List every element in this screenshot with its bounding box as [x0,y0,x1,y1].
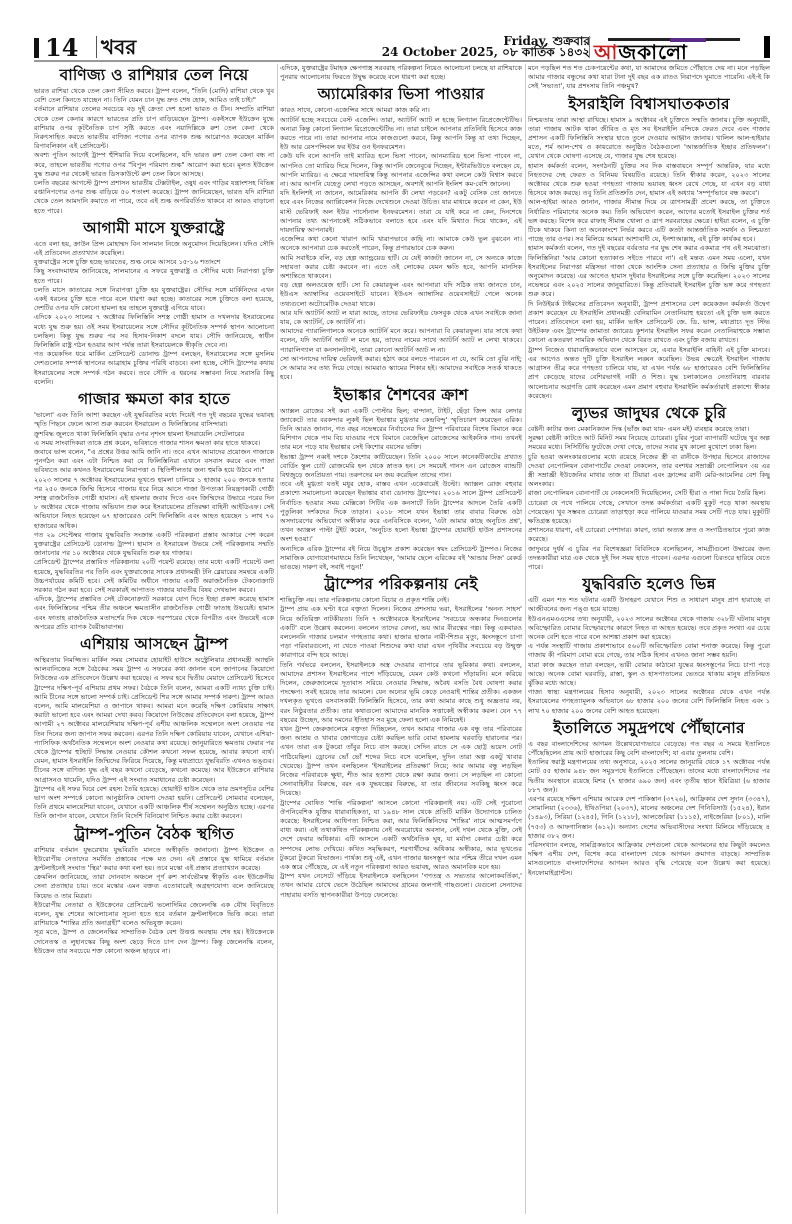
article-headline: ট্রাম্পের পরিকল্পনায় নেই [280,575,522,594]
article-paragraph: হামাস কর্মকর্তা বলেন, গত দুই বছরের বর্বর… [528,244,770,299]
article-paragraph: আমাদের প্যারালিগালকে অনেকে অ্যাটর্নি মনে… [280,327,522,355]
page-header: 14 খবর Friday, শুক্রবার 24 October 2025,… [34,36,770,58]
column-2: এদিকে, যুক্তরাষ্ট্রের টমাহক ক্ষেপণাস্ত্র… [280,64,522,903]
article-paragraph: ট্রাম্প নিজেও ধারাবাহিকভাবে বলে আসছেন যে… [528,346,770,401]
article-paragraph: যারা কাজ করছেন তারা বলছেন, ভারী বোমার কা… [528,661,770,689]
section-name: খবর [96,36,136,58]
article-headline: ইভাঙ্কার শৈশবের ক্রাশ [280,386,522,405]
header-rule [34,60,770,62]
article-headline: আগামী মাসে যুক্তরাষ্ট্রে [34,219,274,238]
article: যুদ্ধবিরতি হলেও ভিন্নএটি এমন শত শত ঘটনার… [528,575,770,716]
article-paragraph: নিশ্চয়তায় তারা আস্থা রাখিছে। হামাস ৯ অ… [528,116,770,162]
article-paragraph: সুরক্ষা বেষ্টনী কাটতে আট মিনিট সময় নিয়… [528,434,770,452]
article-paragraph: হামাস কর্মকর্তা বলেন, সংগঠনটি চুক্তির সব… [528,162,770,199]
article-paragraph: ট্রাম্প প্রায় এক ঘণ্টা ধরে বক্তৃতা দিলে… [280,605,522,660]
article-headline: বাণিজ্য ও রাশিয়ার তেল নিয়ে [34,66,274,85]
article-paragraph: যখন ট্রাম্প জেরুজালেমে বক্তৃতা দিচ্ছিলেন… [280,725,522,799]
article-paragraph: বেষ্টনী কাটার জন্য মেকানিক্যাল দিস্ক (ভা… [528,425,770,434]
article-headline: অ্যামেরিকার ভিসা পাওয়ার [280,85,522,104]
article-paragraph: জাদুঘরে দুর্ধর্ষ এ চুরির পর বিশেষজ্ঞরা ব… [528,545,770,573]
article: ট্রাম্প-পুতিন বৈঠক স্থগিতরাশিয়ার বর্তমা… [34,825,274,956]
column-1: বাণিজ্য ও রাশিয়ার তেল নিয়েভারত রাশিয়া… [34,64,274,959]
article-paragraph: ট্রাম্প যখন নেসেটে দাঁড়িয়ে ইসরাইলকে বল… [280,872,522,900]
article: ইতালিতে সমুদ্রপথে পৌঁছানোরএ বছর বাংলাদেশ… [528,719,770,878]
article-headline: ইসরাইলি বিশ্বাসঘাতকতার [528,95,770,114]
article: গাজার ক্ষমতা কার হাতে'ভালো' এবং তিনি আশা… [34,390,274,632]
article: এশিয়ায় আসছেন ট্রাম্পঅস্থিরতায় নিমজ্জি… [34,635,274,822]
article-paragraph: কিছু সংবাদমাধ্যম জানিয়েছে, সালমানের এ স… [34,267,274,285]
article-paragraph: এরপর রয়েছে দক্ষিণ এশিয়ার আরেক দেশ পাকি… [528,795,770,841]
article-paragraph: ইউরোপীয় নেতারা ও ইউক্রেনের প্রেসিডেন্ট … [34,901,274,929]
article-paragraph: ইভাঙ্কা ট্রাম্প নব্বই দশকে কৈশোর কাটিয়ে… [280,453,522,481]
article: ইসরাইলি বিশ্বাসঘাতকতারনিশ্চয়তায় তারা আ… [528,95,770,401]
article-headline: ল্যুভর জাদুঘর থেকে চুরি [528,404,770,423]
article-paragraph: কেউ যদি বলে আপনি তাই ম্যারিড হলে ভিসা পা… [280,152,522,189]
article-paragraph: জবাবে ভান্স বলেন, "এ প্রশ্নের উত্তর আমি … [34,448,274,476]
masthead-tag [670,38,706,42]
article: মনে পড়ছিল শত শত চেকপয়েন্টের কথা, যা আম… [528,64,770,92]
article-headline: যুদ্ধবিরতি হলেও ভিন্ন [528,575,770,594]
newspaper-logo: আজকালো [594,43,770,61]
date-label: 24 October 2025, ০৮ কার্তিক ১৪৩২ [382,47,590,58]
article-paragraph: অ্যাটর্নি হচ্ছে সবচেয়ে বেস্ট এজেন্সি। ত… [280,116,522,153]
article-paragraph: দি নিউইয়র্ক টাইমসের প্রতিবেদন অনুযায়ী,… [528,300,770,346]
article-paragraph: 'ভালো' এবং তিনি আশা করছেন এই যুদ্ধবিরতির… [34,411,274,429]
article-paragraph: চোরেরা যে পথে পালিয়ে গেছে, সেখানে তদন্ত… [528,499,770,527]
article-paragraph: সূত্র মতে, ট্রাম্প ও জেলেনস্কির সাম্প্রত… [34,928,274,956]
article-paragraph: তবে এই মুগ্ধতা যতই মধুর হোক, বাস্তব এখন … [280,480,522,544]
article-paragraph: মনে পড়ছিল শত শত চেকপয়েন্টের কথা, যা আম… [528,64,770,92]
article-paragraph: তিনি গর্বভরে বললেন, ইসরাইলকে অস্ত্র দেওয… [280,661,522,725]
article-paragraph: গত ২৯ সেপ্টেম্বর গাজায় যুদ্ধবিরতি সংক্র… [34,531,274,559]
article-paragraph: এ পর্যন্ত সংস্থাটি গাজায় প্রকাশ্যভাবে ৫… [528,642,770,660]
article: ইভাঙ্কার শৈশবের ক্রাশঅ্যাক্সল রোজের সই ক… [280,386,522,573]
article: অ্যামেরিকার ভিসা পাওয়ারকারও সাথে, কোনো … [280,85,522,382]
article-paragraph: ক্রেমলিন জানিয়েছে, তারা দোনবাস অঞ্চলে প… [34,873,274,901]
article-paragraph: কারও সাথে, কোনো এজেন্সির সাথে আমরা কাজ ক… [280,106,522,115]
page-number: 14 [34,38,78,58]
article-paragraph: ভারত রাশিয়া থেকে তেল কেনা সীমিত করবে। ট… [34,87,274,105]
article-paragraph: অ্যাক্সল রোজের সই করা একটি পোস্টার ছিল; … [280,407,522,453]
article-headline: গাজার ক্ষমতা কার হাতে [34,390,274,409]
article-paragraph: প্রশাসনের ধারণা, এই চোরেরা পেশাদার। কারণ… [528,526,770,544]
article-paragraph: পরিসংখ্যান বলছে, সামগ্রিকভাবে আফ্রিকার দ… [528,841,770,878]
article-paragraph: এটি এমন শত শত ঘটনার একটি উদাহরণ যেখানে শ… [528,596,770,614]
article-paragraph: আর যদি অ্যাটর্নি অ্যাট ল যারা আছে, তাদের… [280,309,522,327]
article-paragraph: রাশিয়ার বর্তমান যুদ্ধরেখায় যুদ্ধবিরতি … [34,846,274,874]
article-paragraph: এদিকে ২০২৩ সালের ৭ অক্টোবর ফিলিস্তিনি সশ… [34,313,274,350]
article-paragraph: অবশ্য পুতিন আগেই ট্রাম্প হুঁশিয়ারি দিয়… [34,151,274,179]
article-paragraph: রাজা নেপোলিয়ন বোনাপার্ট যে নেকলেসটি দিয… [528,489,770,498]
article-paragraph: বড় হেল্প অলওয়েজ হার্ট। সো বি কেয়ারফুল… [280,281,522,309]
article: এদিকে, যুক্তরাষ্ট্রের টমাহক ক্ষেপণাস্ত্র… [280,64,522,82]
column-divider [525,64,526,1214]
article-paragraph: আমি সবাইকে বলি, বড় হেল্প অ্যান্ড্রয়েড … [280,254,522,282]
article-paragraph: ২০২৩ সালের ৭ অক্টোবর ইসরায়েলের ভূখণ্ডে … [34,476,274,531]
article-headline: এশিয়ায় আসছেন ট্রাম্প [34,635,274,654]
article-paragraph: চলতি বছরের আগস্টে ট্রাম্প প্রশাসন ভারতীয… [34,179,274,216]
dateline: Friday, শুক্রবার 24 October 2025, ০৮ কার… [382,36,590,58]
column-3: মনে পড়ছিল শত শত চেকপয়েন্টের কথা, যা আম… [528,64,770,881]
article-paragraph: এজেন্সির কথা কেনো খারাপ আমি খারাপভাবে কা… [280,235,522,253]
article: ল্যুভর জাদুঘর থেকে চুরিবেষ্টনী কাটার জন্… [528,404,770,572]
article-paragraph: অন্যদিকে এরিক ট্রাম্পের বই নিয়ে উচ্ছ্বা… [280,545,522,573]
newspaper-masthead: আজকালো [589,36,770,58]
article-paragraph: ইউএনএমএএসের তথ্য অনুযায়ী, ২০২৩ সালের অক… [528,615,770,643]
column-divider [277,64,278,1214]
article-paragraph: ক্রুশবিদ্ধ জুলতে থাকা ফিলিস্তিনি বৃদ্ধার… [34,430,274,439]
article-paragraph: এদিকে, ট্রাম্পের প্রস্তাবিত সেই টেকনোক্র… [34,595,274,632]
article-paragraph: চুরি হওয়া অলংকারগুলোর মধ্যে রয়েছে নিজে… [528,453,770,490]
article-paragraph: এ সময় সাংবাদিকরা তাকে প্রশ্ন করেন, ভবিষ… [34,439,274,448]
article-paragraph: অস্থিরতায় নিমজ্জিত। মার্কিন সময় সোমবার… [34,656,274,785]
article-paragraph: প্রেসিডেন্ট ট্রাম্পের প্রস্তাবিত পরিকল্প… [34,558,274,595]
article-paragraph: যুক্তরাষ্ট্রের সঙ্গে চুক্তি হচ্ছে ভারতের… [34,258,274,267]
article-paragraph: শান্তিচুক্তি নয়। তার পরিকল্পনায় কোনো ব… [280,596,522,605]
masthead-bar [608,38,740,41]
masthead-end-bar [764,36,770,58]
article: ট্রাম্পের পরিকল্পনায় নেইশান্তিচুক্তি নয… [280,575,522,900]
article-paragraph: ট্রাম্পের ঘোষিত 'শান্তি পরিকল্পনা' আসলে … [280,799,522,873]
article-paragraph: এতে বলা হয়, ক্রাউন প্রিন্স মোহাম্মদ বিন… [34,240,274,258]
article-headline: ইতালিতে সমুদ্রপথে পৌঁছানোর [528,719,770,738]
article-paragraph: সো আপনাদের দায়িত্ব ভেরিফাই করার। হঠাৎ ক… [280,355,522,383]
article-paragraph: চলতি মাসে কাতারের সঙ্গে নিরাপত্তা চুক্তি… [34,286,274,314]
article-paragraph: এদিকে, যুক্তরাষ্ট্রের টমাহক ক্ষেপণাস্ত্র… [280,64,522,82]
article-paragraph: গাজা স্বাস্থ্য মন্ত্রণালয়ের হিসাব অনুযা… [528,688,770,716]
article-paragraph: বর্তমানে রাশিয়ার তেলের সবচেয়ে বড় দুই … [34,105,274,151]
article-paragraph: আল-হাইয়া আরও জানান, গাজার সীমান্ত দিয়ে… [528,198,770,244]
article: আগামী মাসে যুক্তরাষ্ট্রেএতে বলা হয়, ক্র… [34,219,274,387]
article-paragraph: যদি ইংলিশই না জানেন, আমেরিকায় আপনি কী ল… [280,189,522,235]
article-headline: ট্রাম্প-পুতিন বৈঠক স্থগিত [34,825,274,844]
article-paragraph: এ বছর বাংলাদেশিদের আগমন উল্লেখযোগ্যভাবে … [528,740,770,758]
article-paragraph: গত কয়েকদিন ধরে মার্কিন প্রেসিডেন্ট ডোনা… [34,350,274,387]
article-paragraph: ট্রাম্পের এই সফর ঘিরে বেশ রহস্য তৈরি হয়… [34,785,274,822]
article-paragraph: ইতালির স্বরাষ্ট্র মন্ত্রণালয়ের তথ্য অনু… [528,758,770,795]
article: বাণিজ্য ও রাশিয়ার তেল নিয়েভারত রাশিয়া… [34,66,274,216]
